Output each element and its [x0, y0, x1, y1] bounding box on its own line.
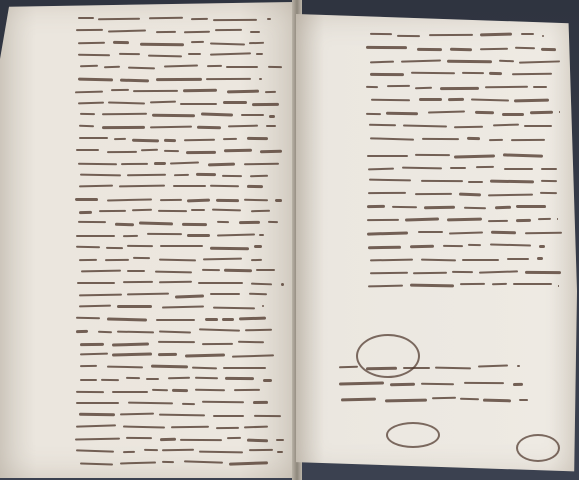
handwriting-stroke — [159, 281, 192, 283]
handwriting-stroke — [159, 414, 205, 417]
handwriting-stroke — [232, 355, 274, 359]
handwriting-stroke — [164, 65, 198, 68]
handwriting-stroke — [185, 354, 225, 358]
handwriting-stroke — [519, 60, 560, 64]
handwriting-stroke — [559, 111, 560, 113]
handwriting-stroke — [454, 125, 483, 127]
handwriting-stroke — [385, 398, 427, 401]
handwriting-stroke — [156, 78, 202, 81]
handwriting-stroke — [402, 166, 442, 169]
handwriting-stroke — [417, 48, 442, 51]
handwriting-stroke — [76, 316, 100, 318]
handwriting-stroke — [245, 329, 272, 331]
handwriting-stroke — [180, 103, 217, 105]
handwriting-stroke — [539, 245, 545, 248]
handwriting-stroke — [187, 199, 210, 203]
handwriting-stroke — [483, 399, 511, 403]
handwriting-stroke — [80, 173, 122, 176]
handwriting-stroke — [424, 205, 455, 208]
handwriting-stroke — [541, 47, 556, 50]
handwriting-stroke — [155, 271, 192, 273]
handwriting-stroke — [558, 285, 559, 287]
handwriting-stroke — [366, 113, 381, 115]
handwriting-stroke — [225, 377, 254, 380]
handwriting-stroke — [499, 60, 514, 63]
handwriting-stroke — [460, 283, 485, 286]
handwriting-stroke — [119, 78, 148, 82]
signature-flourish — [356, 334, 420, 378]
handwriting-stroke — [159, 258, 196, 261]
handwriting-stroke — [148, 55, 182, 58]
handwriting-stroke — [462, 72, 484, 74]
handwriting-stroke — [112, 391, 148, 393]
handwriting-stroke — [127, 245, 153, 248]
handwriting-stroke — [370, 61, 394, 64]
handwriting-stroke — [78, 17, 94, 19]
handwriting-stroke — [76, 450, 114, 453]
handwriting-stroke — [244, 163, 279, 165]
handwriting-stroke — [213, 19, 257, 21]
left-page — [0, 2, 300, 478]
right-page — [296, 14, 577, 476]
handwriting-stroke — [422, 137, 459, 139]
handwriting-stroke — [98, 18, 140, 21]
handwriting-stroke — [184, 30, 210, 33]
handwriting-stroke — [183, 89, 217, 92]
handwriting-stroke — [478, 364, 508, 367]
handwriting-stroke — [80, 365, 97, 368]
handwriting-stroke — [415, 193, 452, 195]
handwriting-stroke — [468, 181, 483, 183]
handwriting-stroke — [269, 115, 275, 118]
handwriting-stroke — [75, 91, 103, 94]
handwriting-stroke — [216, 199, 239, 202]
handwriting-stroke — [107, 199, 152, 202]
handwriting-stroke — [223, 138, 237, 140]
handwriting-stroke — [370, 33, 392, 35]
handwriting-stroke — [421, 180, 463, 183]
handwriting-stroke — [488, 219, 508, 221]
handwriting-stroke — [195, 376, 218, 378]
handwriting-stroke — [152, 389, 168, 391]
handwriting-stroke — [525, 271, 561, 274]
handwriting-stroke — [490, 180, 534, 183]
handwriting-stroke — [254, 415, 281, 417]
handwriting-stroke — [210, 247, 249, 250]
handwriting-stroke — [339, 365, 358, 367]
handwriting-stroke — [370, 259, 413, 262]
handwriting-stroke — [119, 184, 165, 186]
handwriting-stroke — [454, 154, 495, 158]
handwriting-stroke — [162, 305, 204, 308]
handwriting-stroke — [511, 139, 545, 141]
handwriting-stroke — [447, 60, 492, 63]
handwriting-stroke — [244, 198, 268, 201]
handwriting-stroke — [524, 125, 552, 127]
handwriting-stroke — [541, 179, 557, 182]
handwriting-stroke — [262, 305, 265, 307]
handwriting-stroke — [107, 366, 143, 369]
handwriting-stroke — [80, 379, 97, 381]
signature-bottom-right — [516, 434, 560, 462]
handwriting-stroke — [108, 29, 146, 32]
handwriting-stroke — [415, 87, 432, 89]
handwriting-stroke — [113, 41, 130, 44]
handwriting-stroke — [450, 48, 472, 51]
handwriting-stroke — [186, 151, 216, 154]
handwriting-stroke — [133, 90, 178, 92]
handwriting-stroke — [76, 29, 103, 32]
handwriting-stroke — [78, 77, 113, 81]
handwriting-stroke — [107, 318, 147, 322]
handwriting-stroke — [119, 52, 140, 54]
handwriting-stroke — [156, 31, 176, 34]
handwriting-stroke — [191, 41, 204, 43]
handwriting-stroke — [80, 462, 113, 465]
handwriting-stroke — [198, 282, 243, 284]
handwriting-stroke — [491, 230, 516, 233]
handwriting-stroke — [174, 174, 189, 176]
handwriting-stroke — [540, 192, 557, 194]
handwriting-stroke — [428, 110, 465, 113]
handwriting-stroke — [517, 365, 520, 367]
handwriting-stroke — [104, 66, 120, 69]
handwriting-stroke — [440, 86, 479, 89]
handwriting-stroke — [199, 328, 240, 331]
handwriting-stroke — [215, 29, 242, 31]
handwriting-stroke — [139, 222, 173, 226]
handwriting-stroke — [490, 244, 531, 247]
handwriting-stroke — [464, 207, 486, 209]
handwriting-stroke — [369, 124, 396, 127]
handwriting-stroke — [222, 175, 242, 177]
handwriting-stroke — [210, 293, 240, 295]
handwriting-stroke — [106, 247, 123, 249]
handwriting-stroke — [341, 397, 376, 401]
handwriting-stroke — [140, 43, 184, 46]
handwriting-stroke — [192, 367, 217, 370]
handwriting-stroke — [213, 415, 244, 417]
handwriting-stroke — [102, 113, 147, 116]
handwriting-stroke — [435, 366, 471, 369]
handwriting-stroke — [216, 427, 239, 429]
handwriting-stroke — [267, 18, 271, 20]
handwriting-stroke — [123, 425, 165, 427]
handwriting-stroke — [513, 383, 523, 386]
handwriting-stroke — [79, 211, 93, 214]
handwriting-stroke — [79, 259, 97, 261]
handwriting-stroke — [108, 101, 145, 104]
handwriting-stroke — [249, 42, 264, 45]
handwriting-stroke — [114, 138, 126, 140]
handwriting-stroke — [370, 138, 414, 141]
handwriting-stroke — [79, 184, 113, 186]
handwriting-stroke — [184, 460, 223, 463]
handwriting-stroke — [160, 245, 203, 247]
handwriting-stroke — [222, 318, 234, 321]
handwriting-stroke — [156, 319, 195, 321]
handwriting-stroke — [267, 66, 281, 68]
handwriting-stroke — [184, 139, 215, 141]
handwriting-stroke — [150, 101, 176, 104]
handwriting-stroke — [251, 283, 272, 286]
handwriting-stroke — [419, 98, 442, 101]
handwriting-stroke — [170, 161, 199, 164]
handwriting-stroke — [367, 232, 409, 236]
handwriting-stroke — [228, 124, 258, 127]
handwriting-stroke — [462, 259, 499, 261]
handwriting-stroke — [537, 257, 543, 260]
handwriting-stroke — [101, 379, 119, 382]
handwriting-stroke — [123, 451, 135, 453]
handwriting-stroke — [250, 31, 260, 33]
handwriting-stroke — [229, 461, 268, 465]
handwriting-stroke — [80, 64, 98, 67]
handwriting-stroke — [368, 168, 394, 171]
handwriting-stroke — [132, 138, 159, 142]
handwriting-stroke — [368, 285, 403, 288]
handwriting-stroke — [159, 331, 191, 334]
handwriting-stroke — [390, 383, 415, 386]
handwriting-stroke — [105, 259, 129, 262]
handwriting-stroke — [368, 192, 406, 194]
handwriting-stroke — [460, 398, 479, 401]
handwriting-stroke — [268, 221, 278, 223]
handwriting-stroke — [239, 317, 266, 321]
handwriting-stroke — [78, 102, 104, 105]
handwriting-stroke — [253, 401, 268, 404]
handwriting-stroke — [112, 353, 152, 357]
handwriting-stroke — [244, 425, 268, 428]
handwriting-stroke — [79, 304, 111, 307]
handwriting-stroke — [111, 89, 129, 92]
handwriting-stroke — [525, 231, 562, 233]
handwriting-stroke — [212, 208, 241, 211]
handwriting-stroke — [415, 154, 450, 156]
handwriting-stroke — [102, 126, 145, 129]
handwriting-stroke — [249, 293, 267, 296]
handwriting-stroke — [120, 412, 154, 415]
handwriting-stroke — [99, 209, 126, 211]
handwriting-stroke — [256, 269, 275, 271]
handwriting-stroke — [227, 89, 259, 92]
handwriting-stroke — [449, 231, 483, 234]
handwriting-stroke — [199, 450, 243, 453]
handwriting-stroke — [126, 437, 152, 440]
handwriting-stroke — [210, 42, 245, 45]
handwriting-stroke — [495, 206, 511, 209]
handwriting-stroke — [79, 125, 94, 128]
handwriting-stroke — [132, 209, 152, 211]
handwriting-stroke — [339, 381, 384, 385]
handwriting-stroke — [538, 218, 551, 220]
handwriting-stroke — [126, 377, 140, 379]
handwriting-stroke — [413, 272, 447, 275]
handwriting-stroke — [210, 52, 251, 56]
handwriting-stroke — [504, 168, 533, 171]
handwriting-stroke — [514, 99, 549, 103]
handwriting-stroke — [521, 33, 534, 35]
handwriting-stroke — [162, 460, 175, 462]
handwriting-stroke — [80, 113, 95, 115]
handwriting-stroke — [263, 379, 272, 382]
handwriting-stroke — [151, 364, 188, 367]
handwriting-stroke — [117, 331, 154, 334]
handwriting-stroke — [387, 85, 410, 88]
handwriting-stroke — [386, 112, 418, 115]
handwriting-stroke — [75, 198, 98, 201]
handwriting-stroke — [115, 223, 134, 226]
handwriting-stroke — [557, 218, 558, 220]
handwriting-stroke — [191, 209, 205, 211]
handwriting-stroke — [239, 221, 260, 224]
handwriting-stroke — [466, 137, 479, 140]
handwriting-stroke — [519, 399, 528, 401]
handwriting-stroke — [366, 46, 407, 49]
handwriting-stroke — [202, 269, 220, 271]
handwriting-stroke — [485, 85, 528, 88]
handwriting-stroke — [492, 283, 507, 285]
handwriting-stroke — [259, 234, 264, 236]
handwriting-stroke — [107, 151, 137, 153]
handwriting-stroke — [447, 218, 482, 222]
handwriting-stroke — [188, 53, 201, 55]
handwriting-stroke — [250, 175, 268, 177]
handwriting-stroke — [502, 113, 524, 116]
handwriting-stroke — [252, 103, 279, 106]
handwriting-stroke — [513, 283, 552, 285]
handwriting-stroke — [256, 53, 263, 55]
handwriting-stroke — [366, 85, 378, 88]
signature-bottom-left — [386, 422, 440, 448]
handwriting-stroke — [452, 271, 473, 273]
handwriting-stroke — [191, 18, 208, 21]
handwriting-stroke — [202, 343, 233, 345]
handwriting-stroke — [223, 101, 247, 104]
handwriting-stroke — [542, 35, 544, 37]
handwriting-stroke — [533, 86, 547, 88]
handwriting-stroke — [196, 172, 216, 175]
handwriting-stroke — [208, 162, 235, 165]
handwriting-stroke — [251, 258, 262, 261]
handwriting-stroke — [78, 221, 106, 223]
handwriting-stroke — [160, 199, 182, 201]
handwriting-stroke — [368, 245, 401, 248]
handwriting-stroke — [281, 283, 284, 286]
handwriting-stroke — [260, 150, 282, 153]
handwriting-stroke — [150, 125, 192, 128]
handwriting-stroke — [76, 424, 116, 427]
handwriting-stroke — [80, 353, 108, 356]
handwriting-stroke — [249, 449, 273, 452]
handwriting-stroke — [367, 219, 399, 221]
handwriting-stroke — [541, 168, 557, 170]
handwriting-stroke — [530, 111, 553, 114]
handwriting-stroke — [237, 340, 263, 343]
handwriting-stroke — [171, 426, 209, 428]
handwriting-stroke — [162, 449, 194, 452]
handwriting-stroke — [224, 149, 252, 152]
handwriting-stroke — [246, 439, 268, 443]
handwriting-stroke — [152, 114, 195, 117]
handwriting-stroke — [468, 244, 481, 246]
handwriting-stroke — [432, 397, 456, 400]
handwriting-stroke — [182, 223, 208, 226]
handwriting-stroke — [128, 66, 155, 69]
handwriting-stroke — [202, 401, 244, 404]
handwriting-stroke — [76, 149, 99, 151]
handwriting-stroke — [226, 66, 258, 68]
handwriting-stroke — [127, 270, 145, 272]
handwriting-stroke — [450, 167, 466, 169]
handwriting-stroke — [206, 78, 251, 81]
handwriting-stroke — [480, 33, 512, 37]
handwriting-stroke — [77, 282, 115, 284]
handwriting-stroke — [247, 137, 268, 140]
handwriting-stroke — [429, 34, 473, 36]
handwriting-stroke — [164, 150, 179, 152]
handwriting-stroke — [367, 205, 385, 208]
handwriting-stroke — [410, 284, 454, 288]
handwriting-stroke — [224, 269, 252, 272]
handwriting-stroke — [421, 383, 454, 385]
handwriting-stroke — [410, 245, 434, 248]
handwriting-stroke — [78, 54, 110, 56]
handwriting-stroke — [133, 257, 150, 260]
handwriting-stroke — [203, 257, 242, 260]
handwriting-stroke — [205, 318, 218, 321]
handwriting-stroke — [173, 185, 206, 187]
handwriting-stroke — [149, 16, 183, 19]
handwriting-stroke — [76, 391, 104, 393]
handwriting-stroke — [121, 163, 148, 165]
handwriting-stroke — [503, 153, 543, 157]
handwriting-stroke — [369, 179, 411, 182]
handwriting-stroke — [158, 352, 177, 355]
handwriting-stroke — [123, 281, 153, 283]
handwriting-stroke — [112, 343, 149, 347]
handwriting-stroke — [476, 165, 494, 167]
handwriting-stroke — [458, 193, 480, 197]
handwriting-stroke — [515, 46, 535, 49]
handwriting-stroke — [182, 403, 195, 405]
handwriting-stroke — [146, 378, 159, 380]
handwriting-stroke — [76, 402, 119, 404]
handwriting-stroke — [259, 78, 262, 80]
handwriting-stroke — [75, 438, 120, 441]
handwriting-stroke — [210, 184, 239, 187]
handwriting-stroke — [489, 72, 503, 75]
handwriting-stroke — [201, 112, 233, 116]
handwriting-stroke — [251, 210, 270, 213]
handwriting-stroke — [180, 439, 222, 441]
handwriting-stroke — [471, 98, 509, 101]
handwriting-stroke — [216, 233, 254, 236]
handwriting-stroke — [370, 271, 408, 274]
handwriting-stroke — [367, 155, 408, 157]
handwriting-stroke — [254, 245, 262, 248]
handwriting-stroke — [117, 305, 152, 308]
handwriting-stroke — [172, 389, 188, 392]
handwriting-stroke — [78, 162, 117, 164]
handwriting-stroke — [213, 307, 255, 310]
handwriting-stroke — [443, 245, 463, 247]
handwriting-stroke — [147, 232, 182, 234]
handwriting-stroke — [76, 329, 88, 332]
handwriting-stroke — [405, 218, 439, 222]
handwriting-stroke — [488, 194, 533, 196]
handwriting-stroke — [516, 219, 531, 222]
